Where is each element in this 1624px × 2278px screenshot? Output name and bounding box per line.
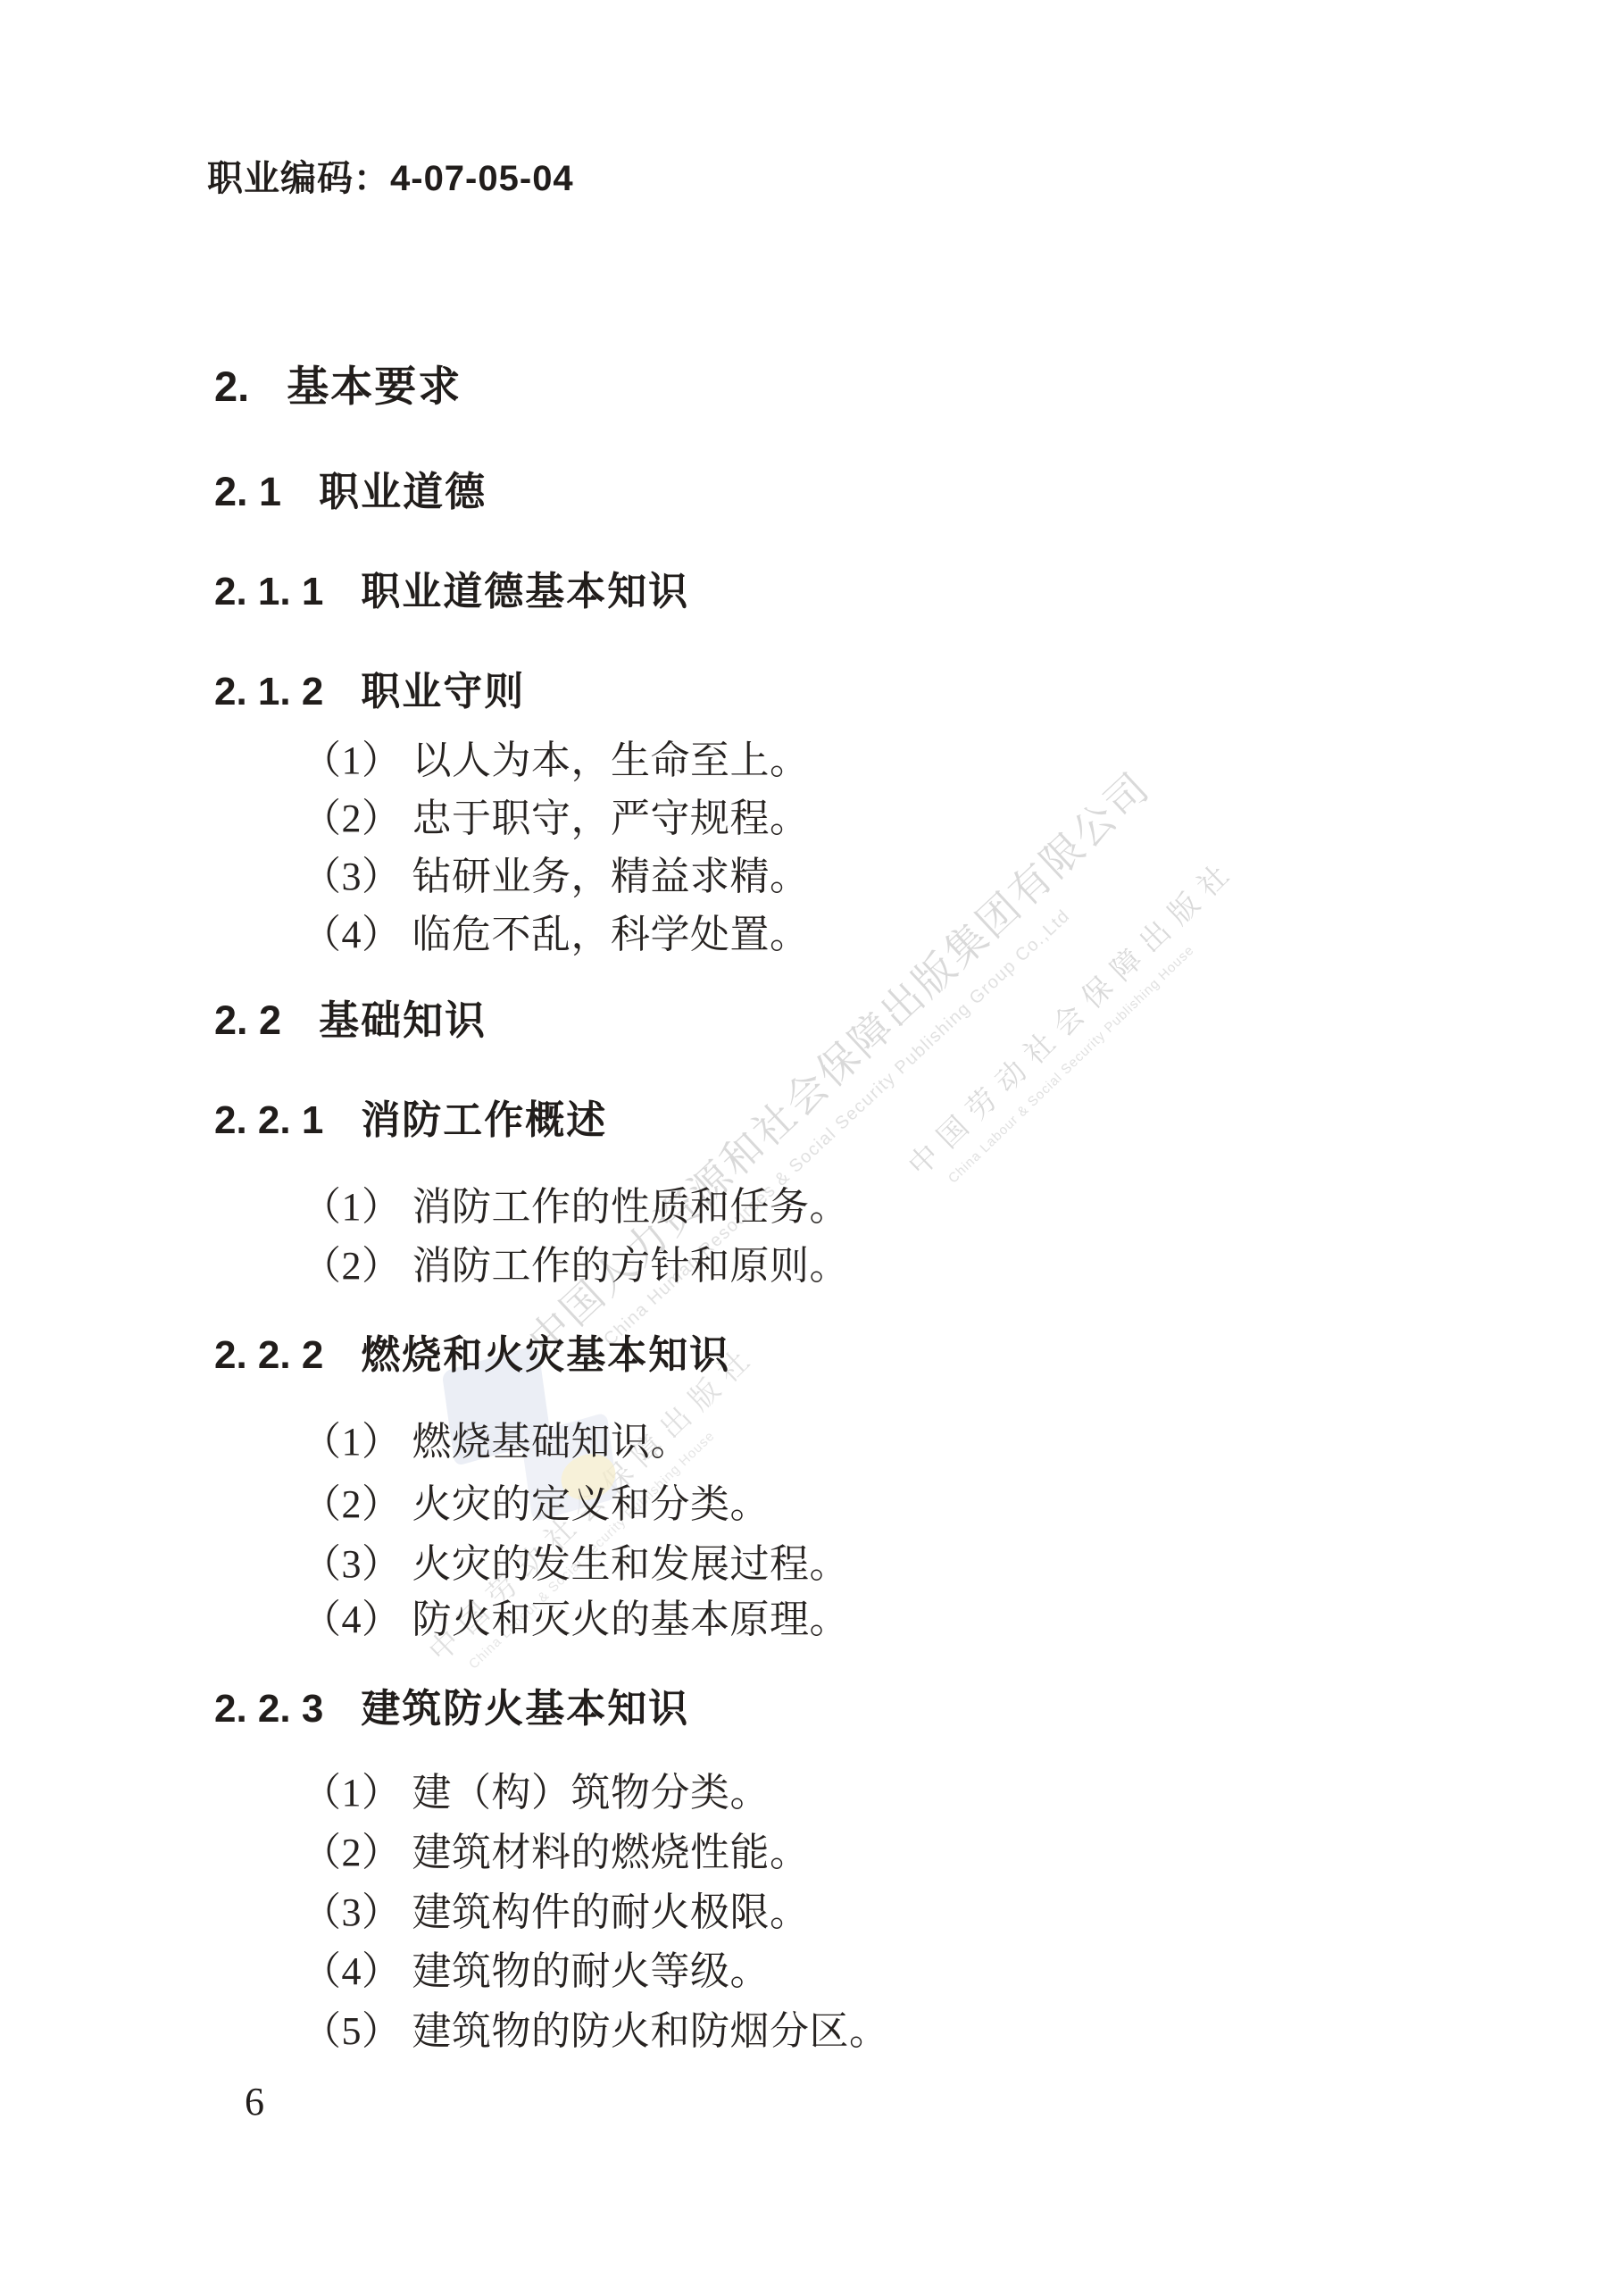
section-title: 建筑防火基本知识 (361, 1687, 689, 1731)
list-item: （3）火灾的发生和发展过程。 (302, 1531, 849, 1589)
section-title: 职业道德 (319, 469, 487, 514)
section-heading-2-1-1: 2. 1. 1职业道德基本知识 (214, 559, 689, 616)
section-title: 燃烧和火灾基本知识 (361, 1333, 730, 1377)
item-marker: （2） (302, 1831, 402, 1874)
list-item: （2）忠于职守，严守规程。 (302, 786, 810, 843)
section-heading-2-1: 2. 1职业道德 (214, 459, 487, 517)
list-item: （1）建（构）筑物分类。 (302, 1760, 770, 1817)
section-heading-2-1-2: 2. 1. 2职业守则 (214, 659, 525, 716)
item-marker: （2） (302, 797, 402, 840)
item-text: 建筑物的防火和防烟分区。 (412, 2009, 889, 2053)
list-item: （4）临危不乱，科学处置。 (302, 902, 810, 959)
list-item: （5）建筑物的防火和防烟分区。 (302, 1998, 889, 2056)
item-text: 防火和灭火的基本原理。 (412, 1598, 850, 1641)
item-text: 以人为本，生命至上。 (412, 738, 810, 782)
item-marker: （4） (302, 913, 402, 956)
item-text: 钻研业务，精益求精。 (412, 855, 810, 898)
list-item: （1）消防工作的性质和任务。 (302, 1174, 849, 1231)
item-text: 消防工作的方针和原则。 (412, 1244, 850, 1288)
list-item: （4）防火和灭火的基本原理。 (302, 1587, 849, 1644)
item-marker: （3） (302, 1890, 402, 1934)
list-item: （3）钻研业务，精益求精。 (302, 844, 810, 901)
section-number: 2. 2. 1 (214, 1098, 323, 1142)
item-text: 建筑构件的耐火极限。 (412, 1890, 810, 1934)
watermark-house-chinese: 中国劳动社会保障出版社 (897, 847, 1245, 1184)
item-text: 临危不乱，科学处置。 (412, 913, 810, 956)
item-marker: （2） (302, 1244, 402, 1288)
page-number: 6 (245, 2079, 264, 2124)
section-number: 2. 1 (214, 469, 281, 514)
list-item: （4）建筑物的耐火等级。 (302, 1939, 770, 1996)
item-marker: （2） (302, 1482, 402, 1526)
section-number: 2. 2 (214, 997, 281, 1043)
list-item: （1）以人为本，生命至上。 (302, 728, 810, 785)
list-item: （3）建筑构件的耐火极限。 (302, 1880, 810, 1937)
item-marker: （5） (302, 2009, 402, 2053)
section-number: 2. 2. 3 (214, 1687, 323, 1731)
watermark-publishing-house-1: 中国劳动社会保障出版社 China Labour & Social Securi… (897, 847, 1260, 1200)
section-number: 2. 1. 1 (214, 570, 323, 613)
item-marker: （3） (302, 1542, 402, 1586)
list-item: （2）消防工作的方针和原则。 (302, 1233, 849, 1290)
item-marker: （1） (302, 1771, 402, 1815)
item-text: 火灾的发生和发展过程。 (412, 1542, 850, 1586)
section-heading-2-2: 2. 2基础知识 (214, 988, 487, 1046)
item-text: 火灾的定义和分类。 (412, 1482, 770, 1526)
item-text: 消防工作的性质和任务。 (412, 1185, 850, 1229)
section-title: 职业守则 (361, 670, 525, 713)
section-title: 基本要求 (287, 363, 462, 410)
item-text: 建（构）筑物分类。 (412, 1771, 770, 1815)
section-heading-2-2-3: 2. 2. 3建筑防火基本知识 (214, 1676, 689, 1733)
item-marker: （1） (302, 1185, 402, 1229)
item-marker: （3） (302, 855, 402, 898)
section-heading-2: 2.基本要求 (214, 354, 462, 413)
item-text: 建筑材料的燃烧性能。 (412, 1831, 810, 1874)
list-item: （2）建筑材料的燃烧性能。 (302, 1820, 810, 1877)
document-page: 中国人力资源和社会保障出版集团有限公司 China Human Resource… (0, 0, 1624, 2278)
watermark-house-english: China Labour & Social Security Publishin… (945, 882, 1260, 1187)
section-number: 2. 2. 2 (214, 1333, 323, 1377)
section-number: 2. 1. 2 (214, 670, 323, 713)
item-marker: （4） (302, 1598, 402, 1641)
section-title: 消防工作概述 (361, 1098, 607, 1142)
section-heading-2-2-2: 2. 2. 2燃烧和火灾基本知识 (214, 1323, 730, 1380)
item-text: 燃烧基础知识。 (412, 1420, 691, 1464)
section-number: 2. (214, 363, 249, 410)
section-title: 职业道德基本知识 (361, 570, 689, 613)
item-marker: （4） (302, 1949, 402, 1993)
job-code-header: 职业编码：4-07-05-04 (207, 150, 574, 201)
section-title: 基础知识 (319, 997, 487, 1043)
item-text: 忠于职守，严守规程。 (412, 797, 810, 840)
section-heading-2-2-1: 2. 2. 1消防工作概述 (214, 1088, 607, 1145)
list-item: （2）火灾的定义和分类。 (302, 1472, 770, 1529)
item-marker: （1） (302, 1420, 402, 1464)
item-marker: （1） (302, 738, 402, 782)
item-text: 建筑物的耐火等级。 (412, 1949, 770, 1993)
list-item: （1）燃烧基础知识。 (302, 1409, 690, 1466)
